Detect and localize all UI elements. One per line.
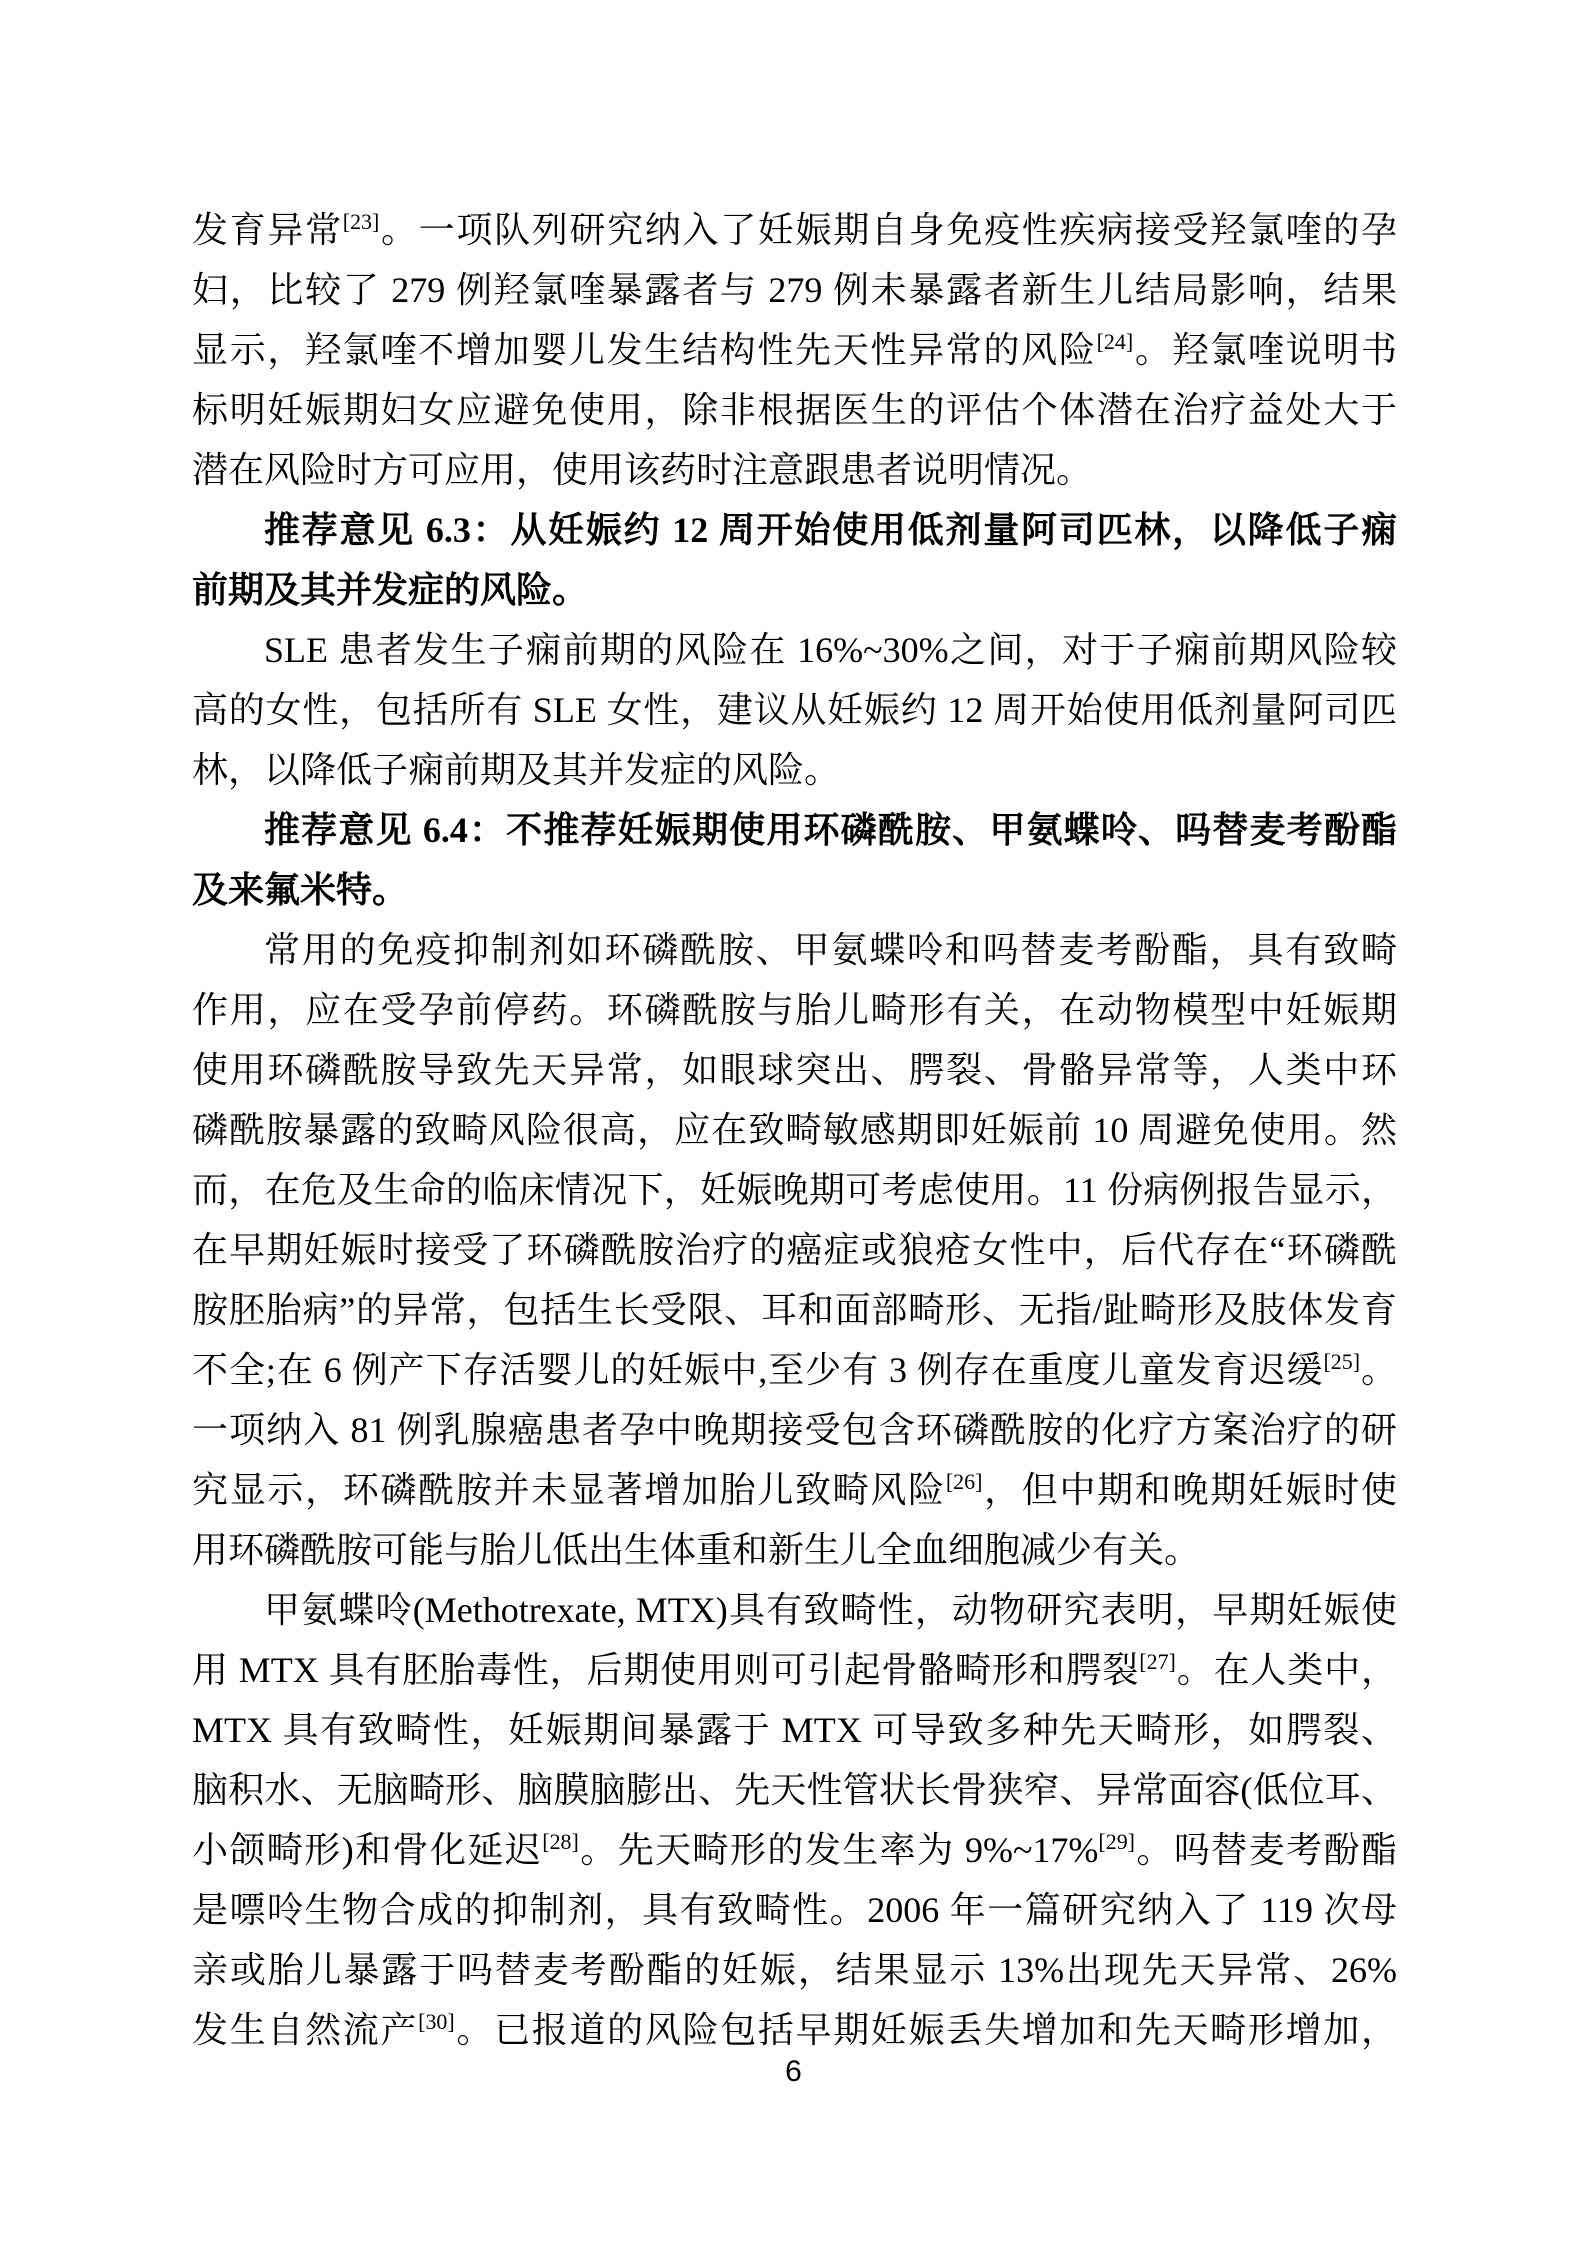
text-run: 标明妊娠期妇女应避免使用，除非根据医生的评估个体潜在治疗益处大于 bbox=[192, 390, 1397, 430]
text-run: 甲氨蝶呤(Methotrexate, MTX)具有致畸性，动物研究表明，早期妊娠… bbox=[264, 1590, 1397, 1630]
paragraph-line: 发育异常[23]。一项队列研究纳入了妊娠期自身免疫性疾病接受羟氯喹的孕 bbox=[192, 200, 1397, 260]
text-run: 脑积水、无脑畸形、脑膜脑膨出、先天性管状长骨狭窄、异常面容(低位耳、 bbox=[192, 1770, 1397, 1810]
text-run: 使用环磷酰胺导致先天异常，如眼球突出、腭裂、骨骼异常等，人类中环 bbox=[192, 1050, 1397, 1090]
text-run: 胺胚胎病”的异常，包括生长受限、耳和面部畸形、无指/趾畸形及肢体发育 bbox=[192, 1290, 1397, 1330]
text-run: 。已报道的风险包括早期妊娠丢失增加和先天畸形增加， bbox=[455, 2010, 1397, 2050]
text-run: 潜在风险时方可应用，使用该药时注意跟患者说明情况。 bbox=[192, 450, 1092, 490]
paragraph-line: 究显示，环磷酰胺并未显著增加胎儿致畸风险[26]，但中期和晚期妊娠时使 bbox=[192, 1460, 1397, 1520]
text-run: 是嘌呤生物合成的抑制剂，具有致畸性。2006 年一篇研究纳入了 119 次母 bbox=[192, 1890, 1397, 1930]
page-number: 6 bbox=[0, 2054, 1587, 2090]
paragraph-line: 用 MTX 具有胚胎毒性，后期使用则可引起骨骼畸形和腭裂[27]。在人类中， bbox=[192, 1640, 1397, 1700]
document-body: 发育异常[23]。一项队列研究纳入了妊娠期自身免疫性疾病接受羟氯喹的孕妇，比较了… bbox=[192, 200, 1397, 2060]
paragraph-line: 显示，羟氯喹不增加婴儿发生结构性先天性异常的风险[24]。羟氯喹说明书 bbox=[192, 320, 1397, 380]
text-run: ，但中期和晚期妊娠时使 bbox=[982, 1470, 1397, 1510]
paragraph-line: 不全;在 6 例产下存活婴儿的妊娠中,至少有 3 例存在重度儿童发育迟缓[25]… bbox=[192, 1340, 1397, 1400]
paragraph-line: 胺胚胎病”的异常，包括生长受限、耳和面部畸形、无指/趾畸形及肢体发育 bbox=[192, 1280, 1397, 1340]
text-run: 一项纳入 81 例乳腺癌患者孕中晚期接受包含环磷酰胺的化疗方案治疗的研 bbox=[192, 1410, 1397, 1450]
text-run: 高的女性，包括所有 SLE 女性，建议从妊娠约 12 周开始使用低剂量阿司匹 bbox=[192, 690, 1397, 730]
paragraph-line: 使用环磷酰胺导致先天异常，如眼球突出、腭裂、骨骼异常等，人类中环 bbox=[192, 1040, 1397, 1100]
paragraph-line: MTX 具有致畸性，妊娠期间暴露于 MTX 可导致多种先天畸形，如腭裂、 bbox=[192, 1700, 1397, 1760]
text-run: 不全;在 6 例产下存活婴儿的妊娠中,至少有 3 例存在重度儿童发育迟缓 bbox=[192, 1350, 1323, 1390]
document-page: 发育异常[23]。一项队列研究纳入了妊娠期自身免疫性疾病接受羟氯喹的孕妇，比较了… bbox=[0, 0, 1587, 2245]
citation-reference: [26] bbox=[946, 1469, 983, 1494]
text-run: 。在人类中， bbox=[1176, 1650, 1397, 1690]
paragraph-line: 磷酰胺暴露的致畸风险很高，应在致畸敏感期即妊娠前 10 周避免使用。然 bbox=[192, 1100, 1397, 1160]
text-run: 显示，羟氯喹不增加婴儿发生结构性先天性异常的风险 bbox=[192, 330, 1097, 370]
text-run: 在早期妊娠时接受了环磷酰胺治疗的癌症或狼疮女性中，后代存在“环磷酰 bbox=[192, 1230, 1397, 1270]
paragraph-line: 高的女性，包括所有 SLE 女性，建议从妊娠约 12 周开始使用低剂量阿司匹 bbox=[192, 680, 1397, 740]
text-run: 而，在危及生命的临床情况下，妊娠晚期可考虑使用。11 份病例报告显示， bbox=[192, 1170, 1397, 1210]
paragraph-line: 用环磷酰胺可能与胎儿低出生体重和新生儿全血细胞减少有关。 bbox=[192, 1520, 1397, 1580]
paragraph-line: 小颌畸形)和骨化延迟[28]。先天畸形的发生率为 9%~17%[29]。吗替麦考… bbox=[192, 1820, 1397, 1880]
text-run: 林，以降低子痫前期及其并发症的风险。 bbox=[192, 750, 840, 790]
text-run: 。羟氯喹说明书 bbox=[1133, 330, 1397, 370]
paragraph-line: SLE 患者发生子痫前期的风险在 16%~30%之间，对于子痫前期风险较 bbox=[192, 620, 1397, 680]
text-run: 。吗替麦考酚酯 bbox=[1135, 1830, 1397, 1870]
paragraph-line: 亲或胎儿暴露于吗替麦考酚酯的妊娠，结果显示 13%出现先天异常、26% bbox=[192, 1940, 1397, 2000]
citation-reference: [30] bbox=[418, 2009, 455, 2034]
text-run: 作用，应在受孕前停药。环磷酰胺与胎儿畸形有关，在动物模型中妊娠期 bbox=[192, 990, 1397, 1030]
text-run: 。先天畸形的发生率为 9%~17% bbox=[579, 1830, 1099, 1870]
text-run: 磷酰胺暴露的致畸风险很高，应在致畸敏感期即妊娠前 10 周避免使用。然 bbox=[192, 1110, 1397, 1150]
recommendation-heading-line: 推荐意见 6.4：不推荐妊娠期使用环磷酰胺、甲氨蝶呤、吗替麦考酚酯 bbox=[192, 800, 1397, 860]
paragraph-line: 林，以降低子痫前期及其并发症的风险。 bbox=[192, 740, 1397, 800]
text-run: 用 MTX 具有胚胎毒性，后期使用则可引起骨骼畸形和腭裂 bbox=[192, 1650, 1139, 1690]
paragraph-line: 潜在风险时方可应用，使用该药时注意跟患者说明情况。 bbox=[192, 440, 1397, 500]
text-run: 亲或胎儿暴露于吗替麦考酚酯的妊娠，结果显示 13%出现先天异常、26% bbox=[192, 1950, 1397, 1990]
paragraph-line: 是嘌呤生物合成的抑制剂，具有致畸性。2006 年一篇研究纳入了 119 次母 bbox=[192, 1880, 1397, 1940]
paragraph-line: 作用，应在受孕前停药。环磷酰胺与胎儿畸形有关，在动物模型中妊娠期 bbox=[192, 980, 1397, 1040]
text-run: SLE 患者发生子痫前期的风险在 16%~30%之间，对于子痫前期风险较 bbox=[264, 630, 1397, 670]
text-run: 推荐意见 6.4：不推荐妊娠期使用环磷酰胺、甲氨蝶呤、吗替麦考酚酯 bbox=[264, 810, 1397, 850]
paragraph-line: 一项纳入 81 例乳腺癌患者孕中晚期接受包含环磷酰胺的化疗方案治疗的研 bbox=[192, 1400, 1397, 1460]
text-run: 妇，比较了 279 例羟氯喹暴露者与 279 例未暴露者新生儿结局影响，结果 bbox=[192, 270, 1397, 310]
text-run: 究显示，环磷酰胺并未显著增加胎儿致畸风险 bbox=[192, 1470, 946, 1510]
citation-reference: [28] bbox=[542, 1829, 579, 1854]
citation-reference: [29] bbox=[1098, 1829, 1135, 1854]
text-run: 小颌畸形)和骨化延迟 bbox=[192, 1830, 542, 1870]
paragraph-line: 发生自然流产[30]。已报道的风险包括早期妊娠丢失增加和先天畸形增加， bbox=[192, 2000, 1397, 2060]
paragraph-line: 甲氨蝶呤(Methotrexate, MTX)具有致畸性，动物研究表明，早期妊娠… bbox=[192, 1580, 1397, 1640]
text-run: 用环磷酰胺可能与胎儿低出生体重和新生儿全血细胞减少有关。 bbox=[192, 1530, 1200, 1570]
text-run: 前期及其并发症的风险。 bbox=[192, 570, 588, 610]
paragraph-line: 而，在危及生命的临床情况下，妊娠晚期可考虑使用。11 份病例报告显示， bbox=[192, 1160, 1397, 1220]
paragraph-line: 常用的免疫抑制剂如环磷酰胺、甲氨蝶呤和吗替麦考酚酯，具有致畸 bbox=[192, 920, 1397, 980]
recommendation-heading-line: 及来氟米特。 bbox=[192, 860, 1397, 920]
recommendation-heading-line: 前期及其并发症的风险。 bbox=[192, 560, 1397, 620]
text-run: 。 bbox=[1360, 1350, 1397, 1390]
text-run: 常用的免疫抑制剂如环磷酰胺、甲氨蝶呤和吗替麦考酚酯，具有致畸 bbox=[264, 930, 1397, 970]
paragraph-line: 脑积水、无脑畸形、脑膜脑膨出、先天性管状长骨狭窄、异常面容(低位耳、 bbox=[192, 1760, 1397, 1820]
paragraph-line: 在早期妊娠时接受了环磷酰胺治疗的癌症或狼疮女性中，后代存在“环磷酰 bbox=[192, 1220, 1397, 1280]
citation-reference: [27] bbox=[1139, 1649, 1176, 1674]
citation-reference: [25] bbox=[1323, 1349, 1360, 1374]
paragraph-line: 标明妊娠期妇女应避免使用，除非根据医生的评估个体潜在治疗益处大于 bbox=[192, 380, 1397, 440]
recommendation-heading-line: 推荐意见 6.3：从妊娠约 12 周开始使用低剂量阿司匹林，以降低子痫 bbox=[192, 500, 1397, 560]
text-run: 。一项队列研究纳入了妊娠期自身免疫性疾病接受羟氯喹的孕 bbox=[379, 210, 1397, 250]
text-run: 发育异常 bbox=[192, 210, 343, 250]
citation-reference: [23] bbox=[343, 209, 380, 234]
text-run: 及来氟米特。 bbox=[192, 870, 408, 910]
citation-reference: [24] bbox=[1097, 329, 1134, 354]
text-run: 发生自然流产 bbox=[192, 2010, 418, 2050]
text-run: 推荐意见 6.3：从妊娠约 12 周开始使用低剂量阿司匹林，以降低子痫 bbox=[264, 510, 1397, 550]
paragraph-line: 妇，比较了 279 例羟氯喹暴露者与 279 例未暴露者新生儿结局影响，结果 bbox=[192, 260, 1397, 320]
text-run: MTX 具有致畸性，妊娠期间暴露于 MTX 可导致多种先天畸形，如腭裂、 bbox=[192, 1710, 1397, 1750]
